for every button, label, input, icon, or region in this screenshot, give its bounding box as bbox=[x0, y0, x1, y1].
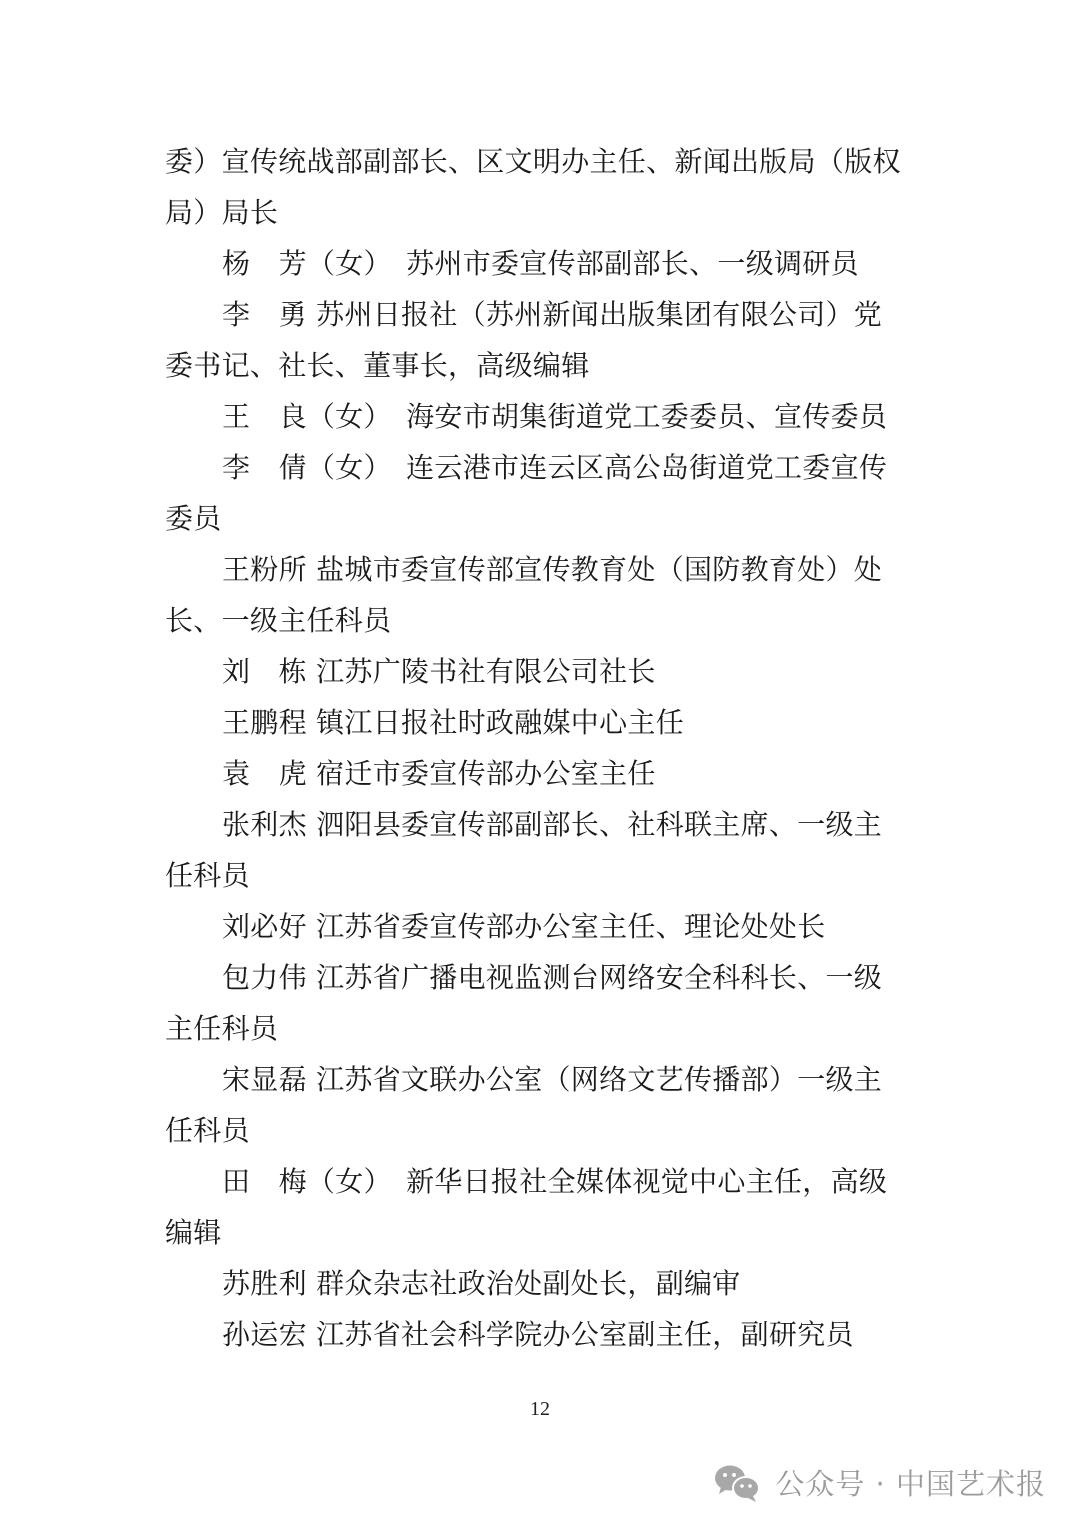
member-entry: 王 良（女） 海安市胡集街道党工委委员、宣传委员 bbox=[165, 391, 917, 442]
member-entry: 孙运宏 江苏省社会科学院办公室副主任，副研究员 bbox=[165, 1309, 917, 1360]
member-entry: 宋显磊 江苏省文联办公室（网络文艺传播部）一级主 bbox=[165, 1054, 917, 1105]
member-entry: 刘必好 江苏省委宣传部办公室主任、理论处处长 bbox=[165, 901, 917, 952]
member-entry: 包力伟 江苏省广播电视监测台网络安全科科长、一级 bbox=[165, 952, 917, 1003]
member-entry: 张利杰 泗阳县委宣传部副部长、社科联主席、一级主 bbox=[165, 799, 917, 850]
watermark: 公众号 · 中国艺术报 bbox=[713, 1462, 1046, 1503]
member-entry: 杨 芳（女） 苏州市委宣传部副部长、一级调研员 bbox=[165, 238, 917, 289]
text-line: 主任科员 bbox=[165, 1003, 917, 1054]
page-number: 12 bbox=[0, 1398, 1080, 1421]
text-line: 委）宣传统战部副部长、区文明办主任、新闻出版局（版权 bbox=[165, 136, 917, 187]
member-entry: 李 勇 苏州日报社（苏州新闻出版集团有限公司）党 bbox=[165, 289, 917, 340]
text-line: 长、一级主任科员 bbox=[165, 595, 917, 646]
member-entry: 刘 栋 江苏广陵书社有限公司社长 bbox=[165, 646, 917, 697]
text-line: 任科员 bbox=[165, 1105, 917, 1156]
text-line: 编辑 bbox=[165, 1207, 917, 1258]
member-entry: 苏胜利 群众杂志社政治处副处长，副编审 bbox=[165, 1258, 917, 1309]
member-list: 委）宣传统战部副部长、区文明办主任、新闻出版局（版权 局）局长 杨 芳（女） 苏… bbox=[165, 136, 917, 1360]
text-line: 局）局长 bbox=[165, 187, 917, 238]
member-entry: 李 倩（女） 连云港市连云区高公岛街道党工委宣传 bbox=[165, 442, 917, 493]
watermark-text: 公众号 · 中国艺术报 bbox=[775, 1462, 1046, 1503]
wechat-icon bbox=[713, 1463, 763, 1503]
member-entry: 王粉所 盐城市委宣传部宣传教育处（国防教育处）处 bbox=[165, 544, 917, 595]
member-entry: 袁 虎 宿迁市委宣传部办公室主任 bbox=[165, 748, 917, 799]
text-line: 委员 bbox=[165, 493, 917, 544]
member-entry: 王鹏程 镇江日报社时政融媒中心主任 bbox=[165, 697, 917, 748]
member-entry: 田 梅（女） 新华日报社全媒体视觉中心主任，高级 bbox=[165, 1156, 917, 1207]
text-line: 任科员 bbox=[165, 850, 917, 901]
text-line: 委书记、社长、董事长，高级编辑 bbox=[165, 340, 917, 391]
document-page: 委）宣传统战部副部长、区文明办主任、新闻出版局（版权 局）局长 杨 芳（女） 苏… bbox=[0, 0, 1080, 1526]
